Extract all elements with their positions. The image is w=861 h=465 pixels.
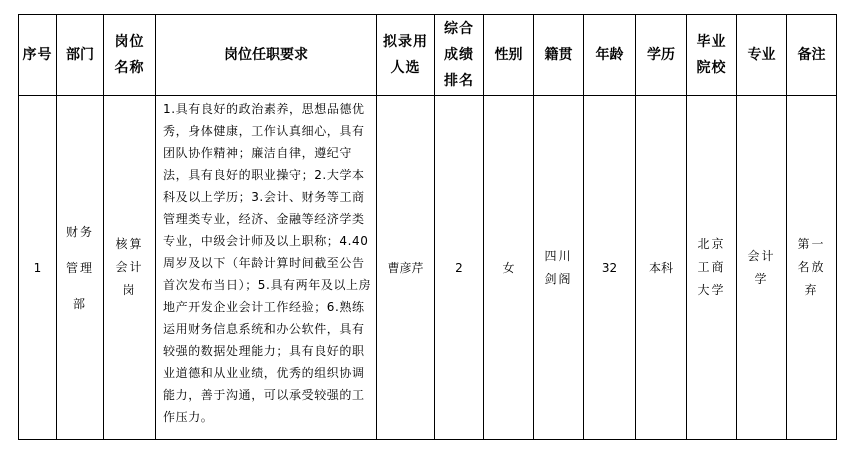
- cell-requirements: 1.具有良好的政治素养，思想品德优秀，身体健康，工作认真细心，具有团队协作精神；…: [156, 96, 377, 440]
- header-major: 专业: [737, 15, 787, 96]
- header-remark-label: 备注: [798, 47, 826, 63]
- cell-school: 北京工商大学: [687, 96, 737, 440]
- header-hometown-label: 籍贯: [545, 47, 573, 63]
- header-rank: 综合成绩排名: [435, 15, 484, 96]
- header-gender-label: 性别: [495, 47, 523, 63]
- header-position: 岗位名称: [104, 15, 156, 96]
- header-index: 序号: [19, 15, 57, 96]
- header-position-label: 岗位名称: [114, 29, 145, 81]
- header-candidate-label: 拟录用人选: [382, 29, 428, 81]
- header-row: 序号 部门 岗位名称 岗位任职要求 拟录用人选 综合成绩排名 性别 籍贯 年龄 …: [19, 15, 837, 96]
- header-age: 年龄: [584, 15, 636, 96]
- header-department-label: 部门: [66, 47, 94, 63]
- hometown-text: 四川剑阁: [544, 245, 573, 291]
- remark-text: 第一名放弃: [797, 233, 826, 302]
- cell-rank: 2: [435, 96, 484, 440]
- header-department: 部门: [57, 15, 104, 96]
- header-remark: 备注: [787, 15, 837, 96]
- cell-hometown: 四川剑阁: [534, 96, 584, 440]
- header-rank-label: 综合成绩排名: [444, 16, 475, 94]
- cell-major: 会计学: [737, 96, 787, 440]
- header-hometown: 籍贯: [534, 15, 584, 96]
- header-school: 毕业院校: [687, 15, 737, 96]
- header-education: 学历: [636, 15, 687, 96]
- header-education-label: 学历: [647, 47, 675, 63]
- header-requirements-label: 岗位任职要求: [224, 47, 308, 63]
- cell-remark: 第一名放弃: [787, 96, 837, 440]
- header-index-label: 序号: [22, 42, 53, 68]
- header-candidate: 拟录用人选: [377, 15, 435, 96]
- header-age-label: 年龄: [596, 47, 624, 63]
- cell-department: 财务管理部: [57, 96, 104, 440]
- cell-age: 32: [584, 96, 636, 440]
- cell-gender: 女: [484, 96, 534, 440]
- department-text: 财务管理部: [66, 214, 95, 322]
- table-row: 1 财务管理部 核算会计岗 1.具有良好的政治素养，思想品德优秀，身体健康，工作…: [19, 96, 837, 440]
- header-major-label: 专业: [748, 47, 776, 63]
- cell-candidate: 曹彦芹: [377, 96, 435, 440]
- header-gender: 性别: [484, 15, 534, 96]
- header-school-label: 毕业院校: [696, 29, 727, 81]
- cell-position: 核算会计岗: [104, 96, 156, 440]
- position-text: 核算会计岗: [115, 233, 144, 302]
- school-text: 北京工商大学: [697, 233, 726, 302]
- cell-education: 本科: [636, 96, 687, 440]
- recruitment-table: 序号 部门 岗位名称 岗位任职要求 拟录用人选 综合成绩排名 性别 籍贯 年龄 …: [18, 14, 837, 440]
- header-requirements: 岗位任职要求: [156, 15, 377, 96]
- cell-index: 1: [19, 96, 57, 440]
- major-text: 会计学: [747, 245, 776, 291]
